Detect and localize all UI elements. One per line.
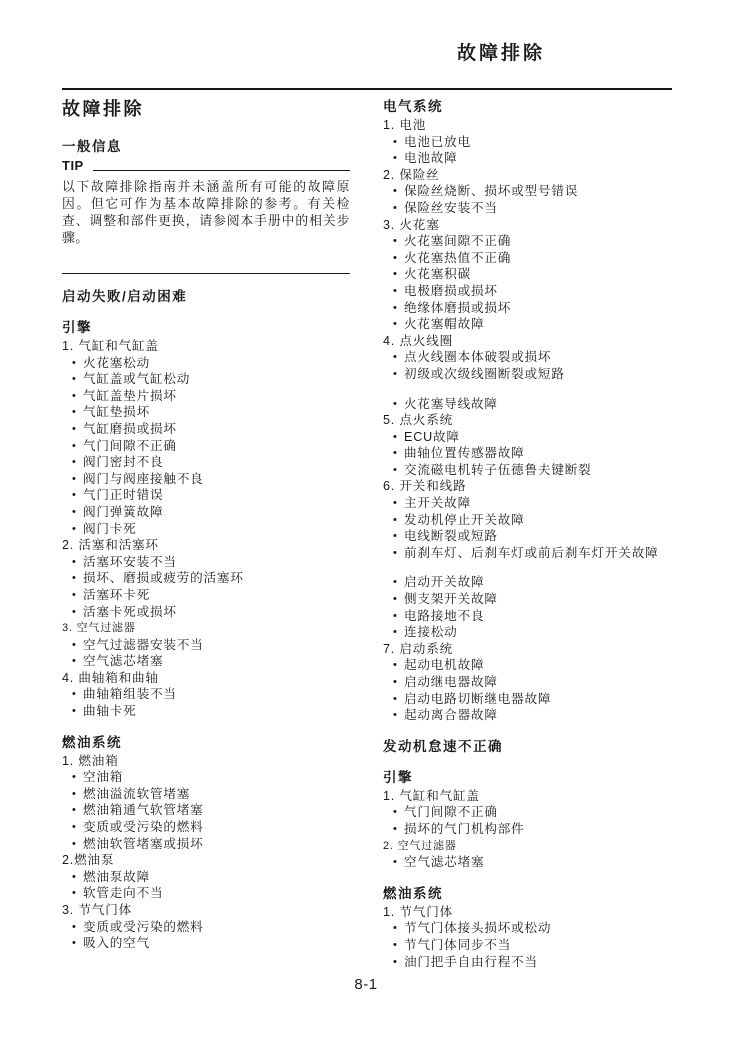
numbered-item: 2. 活塞和活塞环 — [62, 537, 350, 554]
bullet-text: 变质或受污染的燃料 — [83, 819, 350, 836]
bullet-item: •连接松动 — [383, 624, 695, 641]
bullet-text: 变质或受污染的燃料 — [83, 919, 350, 936]
bullet-marker: • — [72, 604, 83, 621]
bullet-marker: • — [393, 429, 404, 446]
section-heading: 电气系统 — [383, 98, 695, 115]
numbered-item: 6. 开关和线路 — [383, 478, 695, 495]
bullet-item: •启动继电器故障 — [383, 674, 695, 691]
bullet-item: •曲轴位置传感器故障 — [383, 445, 695, 462]
bullet-item: •发动机停止开关故障 — [383, 512, 695, 529]
bullet-item: •电池已放电 — [383, 134, 695, 151]
bullet-marker: • — [72, 471, 83, 488]
bullet-text: ECU故障 — [404, 429, 695, 446]
bullet-item: •点火线圈本体破裂或损坏 — [383, 349, 695, 366]
bullet-item: •前刹车灯、后刹车灯或前后刹车灯开关故障 — [383, 545, 695, 562]
bullet-marker: • — [72, 554, 83, 571]
bullet-marker: • — [72, 935, 83, 952]
section-heading: 引擎 — [383, 769, 695, 786]
bullet-item: •曲轴箱组装不当 — [62, 686, 350, 703]
bullet-marker: • — [72, 869, 83, 886]
bullet-item: •空油箱 — [62, 769, 350, 786]
bullet-item: •电池故障 — [383, 150, 695, 167]
bullet-marker: • — [72, 819, 83, 836]
bullet-text: 连接松动 — [404, 624, 695, 641]
numbered-item: 1. 气缸和气缸盖 — [383, 788, 695, 805]
bullet-item: •启动开关故障 — [383, 574, 695, 591]
bullet-item: •油门把手自由行程不当 — [383, 954, 695, 971]
bullet-marker: • — [72, 885, 83, 902]
bullet-marker: • — [393, 366, 404, 383]
bullet-marker: • — [393, 608, 404, 625]
bullet-marker: • — [72, 404, 83, 421]
bullet-marker: • — [393, 512, 404, 529]
bullet-text: 气门间隙不正确 — [404, 804, 695, 821]
bullet-marker: • — [393, 266, 404, 283]
chapter-header-title: 故障排除 — [457, 43, 545, 64]
bullet-marker: • — [72, 570, 83, 587]
bullet-marker: • — [393, 920, 404, 937]
bullet-text: 阀门密封不良 — [83, 454, 350, 471]
bullet-text: 气缸盖或气缸松动 — [83, 371, 350, 388]
tip-row: TIP — [62, 158, 350, 173]
bullet-item: •火花塞积碳 — [383, 266, 695, 283]
bullet-text: 气缸磨损或损坏 — [83, 421, 350, 438]
bullet-marker: • — [393, 707, 404, 724]
bullet-item: •空气滤芯堵塞 — [383, 854, 695, 871]
bullet-item: •火花塞热值不正确 — [383, 250, 695, 267]
bullet-text: 空油箱 — [83, 769, 350, 786]
bullet-text: 电极磨损或损坏 — [404, 283, 695, 300]
bullet-marker: • — [393, 545, 404, 562]
numbered-item: 3. 节气门体 — [62, 902, 350, 919]
bullet-marker: • — [393, 349, 404, 366]
bullet-item: •活塞环卡死 — [62, 587, 350, 604]
bullet-text: 气缸盖垫片损坏 — [83, 388, 350, 405]
bullet-text: 燃油泵故障 — [83, 869, 350, 886]
bullet-marker: • — [72, 587, 83, 604]
bullet-marker: • — [72, 388, 83, 405]
bullet-marker: • — [393, 183, 404, 200]
bullet-marker: • — [72, 487, 83, 504]
bullet-marker: • — [393, 445, 404, 462]
bullet-item: •火花塞松动 — [62, 355, 350, 372]
numbered-item: 1. 燃油箱 — [62, 753, 350, 770]
bullet-text: 点火线圈本体破裂或损坏 — [404, 349, 695, 366]
bullet-item: •阀门弹簧故障 — [62, 504, 350, 521]
bullet-text: 启动开关故障 — [404, 574, 695, 591]
bullet-marker: • — [393, 250, 404, 267]
bullet-marker: • — [393, 591, 404, 608]
bullet-item: •空气过滤器安装不当 — [62, 637, 350, 654]
bullet-item: •起动电机故障 — [383, 657, 695, 674]
bullet-item: •气门正时错误 — [62, 487, 350, 504]
bullet-item: •燃油箱通气软管堵塞 — [62, 802, 350, 819]
numbered-item-small: 3. 空气过滤器 — [62, 620, 350, 637]
bullet-text: 气门间隙不正确 — [83, 438, 350, 455]
bullet-marker: • — [72, 769, 83, 786]
bullet-item: •节气门体同步不当 — [383, 937, 695, 954]
bullet-marker: • — [393, 691, 404, 708]
bullet-text: 空气滤芯堵塞 — [404, 854, 695, 871]
bullet-text: 吸入的空气 — [83, 935, 350, 952]
bullet-marker: • — [72, 521, 83, 538]
bullet-marker: • — [72, 421, 83, 438]
bullet-item: •变质或受污染的燃料 — [62, 919, 350, 936]
bullet-item: •变质或受污染的燃料 — [62, 819, 350, 836]
bullet-text: 发动机停止开关故障 — [404, 512, 695, 529]
bullet-item: •阀门密封不良 — [62, 454, 350, 471]
bullet-marker: • — [393, 937, 404, 954]
bullet-item: •绝缘体磨损或损坏 — [383, 300, 695, 317]
bullet-text: 启动电路切断继电器故障 — [404, 691, 695, 708]
bullet-item: •燃油软管堵塞或损坏 — [62, 836, 350, 853]
section-heading: 启动失败/启动困难 — [62, 288, 350, 305]
bullet-text: 节气门体同步不当 — [404, 937, 695, 954]
bullet-marker: • — [72, 653, 83, 670]
bullet-item: •电路接地不良 — [383, 608, 695, 625]
bullet-text: 保险丝烧断、损坏或型号错误 — [404, 183, 695, 200]
bullet-text: 阀门与阀座接触不良 — [83, 471, 350, 488]
tip-label: TIP — [62, 158, 84, 173]
bullet-marker: • — [393, 300, 404, 317]
bullet-item: •火花塞导线故障 — [383, 396, 695, 413]
bullet-marker: • — [393, 396, 404, 413]
bullet-item: •损坏的气门机构部件 — [383, 821, 695, 838]
bullet-text: 交流磁电机转子伍德鲁夫键断裂 — [404, 462, 695, 479]
bullet-item: •损坏、磨损或疲劳的活塞环 — [62, 570, 350, 587]
header-rule — [62, 88, 672, 90]
bullet-text: 起动离合器故障 — [404, 707, 695, 724]
bullet-text: 电池已放电 — [404, 134, 695, 151]
separator-rule — [62, 273, 350, 274]
bullet-marker: • — [393, 316, 404, 333]
bullet-text: 活塞环安装不当 — [83, 554, 350, 571]
section-heading: 燃油系统 — [62, 734, 350, 751]
bullet-text: 火花塞间隙不正确 — [404, 233, 695, 250]
bullet-marker: • — [72, 786, 83, 803]
left-column: 故障排除一般信息TIP以下故障排除指南并未涵盖所有可能的故障原因。但它可作为基本… — [62, 98, 350, 952]
numbered-item: 1. 节气门体 — [383, 904, 695, 921]
bullet-item: •侧支架开关故障 — [383, 591, 695, 608]
bullet-text: 电线断裂或短路 — [404, 528, 695, 545]
bullet-marker: • — [393, 528, 404, 545]
bullet-marker: • — [72, 919, 83, 936]
bullet-marker: • — [393, 624, 404, 641]
bullet-text: 曲轴位置传感器故障 — [404, 445, 695, 462]
bullet-item: •气缸盖垫片损坏 — [62, 388, 350, 405]
numbered-item: 1. 气缸和气缸盖 — [62, 338, 350, 355]
bullet-text: 绝缘体磨损或损坏 — [404, 300, 695, 317]
bullet-item: •燃油泵故障 — [62, 869, 350, 886]
numbered-item: 5. 点火系统 — [383, 412, 695, 429]
bullet-item: •主开关故障 — [383, 495, 695, 512]
right-column: 电气系统1. 电池•电池已放电•电池故障2. 保险丝•保险丝烧断、损坏或型号错误… — [383, 98, 695, 970]
bullet-item: •气门间隙不正确 — [383, 804, 695, 821]
bullet-marker: • — [72, 504, 83, 521]
numbered-item: 1. 电池 — [383, 117, 695, 134]
bullet-item: •电线断裂或短路 — [383, 528, 695, 545]
bullet-item: •阀门与阀座接触不良 — [62, 471, 350, 488]
bullet-item: •火花塞帽故障 — [383, 316, 695, 333]
bullet-marker: • — [72, 637, 83, 654]
page-number: 8-1 — [0, 976, 732, 994]
spacer — [383, 561, 695, 574]
bullet-marker: • — [393, 283, 404, 300]
bullet-marker: • — [393, 657, 404, 674]
bullet-text: 阀门卡死 — [83, 521, 350, 538]
bullet-text: 空气过滤器安装不当 — [83, 637, 350, 654]
bullet-text: 活塞卡死或损坏 — [83, 604, 350, 621]
bullet-marker: • — [393, 233, 404, 250]
bullet-marker: • — [393, 821, 404, 838]
bullet-item: •曲轴卡死 — [62, 703, 350, 720]
bullet-text: 侧支架开关故障 — [404, 591, 695, 608]
numbered-item: 3. 火花塞 — [383, 217, 695, 234]
bullet-text: 保险丝安装不当 — [404, 200, 695, 217]
bullet-marker: • — [393, 495, 404, 512]
bullet-item: •燃油溢流软管堵塞 — [62, 786, 350, 803]
intro-paragraph: 以下故障排除指南并未涵盖所有可能的故障原因。但它可作为基本故障排除的参考。有关检… — [62, 178, 350, 246]
bullet-text: 阀门弹簧故障 — [83, 504, 350, 521]
page-title: 故障排除 — [62, 98, 350, 121]
bullet-text: 火花塞热值不正确 — [404, 250, 695, 267]
numbered-item: 2.燃油泵 — [62, 852, 350, 869]
bullet-text: 油门把手自由行程不当 — [404, 954, 695, 971]
bullet-item: •起动离合器故障 — [383, 707, 695, 724]
bullet-marker: • — [393, 462, 404, 479]
bullet-item: •节气门体接头损坏或松动 — [383, 920, 695, 937]
bullet-marker: • — [72, 686, 83, 703]
bullet-item: •ECU故障 — [383, 429, 695, 446]
bullet-item: •软管走向不当 — [62, 885, 350, 902]
bullet-marker: • — [72, 836, 83, 853]
bullet-marker: • — [393, 150, 404, 167]
bullet-text: 火花塞帽故障 — [404, 316, 695, 333]
spacer — [383, 383, 695, 396]
bullet-item: •气缸磨损或损坏 — [62, 421, 350, 438]
bullet-marker: • — [393, 954, 404, 971]
bullet-text: 火花塞导线故障 — [404, 396, 695, 413]
bullet-marker: • — [72, 438, 83, 455]
bullet-text: 火花塞积碳 — [404, 266, 695, 283]
bullet-marker: • — [72, 454, 83, 471]
numbered-item: 2. 保险丝 — [383, 167, 695, 184]
bullet-item: •阀门卡死 — [62, 521, 350, 538]
tip-underline — [93, 170, 350, 171]
bullet-text: 前刹车灯、后刹车灯或前后刹车灯开关故障 — [404, 545, 695, 562]
bullet-item: •火花塞间隙不正确 — [383, 233, 695, 250]
bullet-item: •气缸盖或气缸松动 — [62, 371, 350, 388]
bullet-text: 活塞环卡死 — [83, 587, 350, 604]
bullet-marker: • — [72, 371, 83, 388]
bullet-item: •电极磨损或损坏 — [383, 283, 695, 300]
section-heading: 一般信息 — [62, 138, 350, 155]
bullet-item: •启动电路切断继电器故障 — [383, 691, 695, 708]
bullet-text: 空气滤芯堵塞 — [83, 653, 350, 670]
bullet-text: 燃油软管堵塞或损坏 — [83, 836, 350, 853]
numbered-item-small: 2. 空气过滤器 — [383, 838, 695, 855]
numbered-item: 4. 点火线圈 — [383, 333, 695, 350]
bullet-text: 电路接地不良 — [404, 608, 695, 625]
bullet-text: 气门正时错误 — [83, 487, 350, 504]
bullet-item: •初级或次级线圈断裂或短路 — [383, 366, 695, 383]
bullet-text: 曲轴箱组装不当 — [83, 686, 350, 703]
bullet-item: •保险丝安装不当 — [383, 200, 695, 217]
bullet-text: 损坏的气门机构部件 — [404, 821, 695, 838]
manual-page: 故障排除 故障排除一般信息TIP以下故障排除指南并未涵盖所有可能的故障原因。但它… — [0, 0, 732, 1040]
bullet-item: •保险丝烧断、损坏或型号错误 — [383, 183, 695, 200]
bullet-item: •活塞环安装不当 — [62, 554, 350, 571]
bullet-text: 曲轴卡死 — [83, 703, 350, 720]
bullet-marker: • — [72, 355, 83, 372]
bullet-text: 起动电机故障 — [404, 657, 695, 674]
bullet-marker: • — [72, 703, 83, 720]
bullet-text: 火花塞松动 — [83, 355, 350, 372]
section-heading: 发动机怠速不正确 — [383, 738, 695, 755]
bullet-text: 启动继电器故障 — [404, 674, 695, 691]
bullet-text: 软管走向不当 — [83, 885, 350, 902]
bullet-marker: • — [72, 802, 83, 819]
bullet-marker: • — [393, 804, 404, 821]
bullet-marker: • — [393, 574, 404, 591]
bullet-text: 气缸垫损坏 — [83, 404, 350, 421]
bullet-text: 电池故障 — [404, 150, 695, 167]
bullet-item: •吸入的空气 — [62, 935, 350, 952]
bullet-item: •活塞卡死或损坏 — [62, 604, 350, 621]
bullet-marker: • — [393, 854, 404, 871]
bullet-text: 损坏、磨损或疲劳的活塞环 — [83, 570, 350, 587]
section-heading: 引擎 — [62, 319, 350, 336]
bullet-text: 初级或次级线圈断裂或短路 — [404, 366, 695, 383]
section-heading: 燃油系统 — [383, 885, 695, 902]
bullet-marker: • — [393, 674, 404, 691]
bullet-item: •空气滤芯堵塞 — [62, 653, 350, 670]
bullet-text: 主开关故障 — [404, 495, 695, 512]
bullet-marker: • — [393, 200, 404, 217]
bullet-text: 燃油溢流软管堵塞 — [83, 786, 350, 803]
bullet-text: 节气门体接头损坏或松动 — [404, 920, 695, 937]
numbered-item: 4. 曲轴箱和曲轴 — [62, 670, 350, 687]
bullet-item: •气门间隙不正确 — [62, 438, 350, 455]
bullet-marker: • — [393, 134, 404, 151]
bullet-item: •交流磁电机转子伍德鲁夫键断裂 — [383, 462, 695, 479]
numbered-item: 7. 启动系统 — [383, 641, 695, 658]
bullet-text: 燃油箱通气软管堵塞 — [83, 802, 350, 819]
bullet-item: •气缸垫损坏 — [62, 404, 350, 421]
